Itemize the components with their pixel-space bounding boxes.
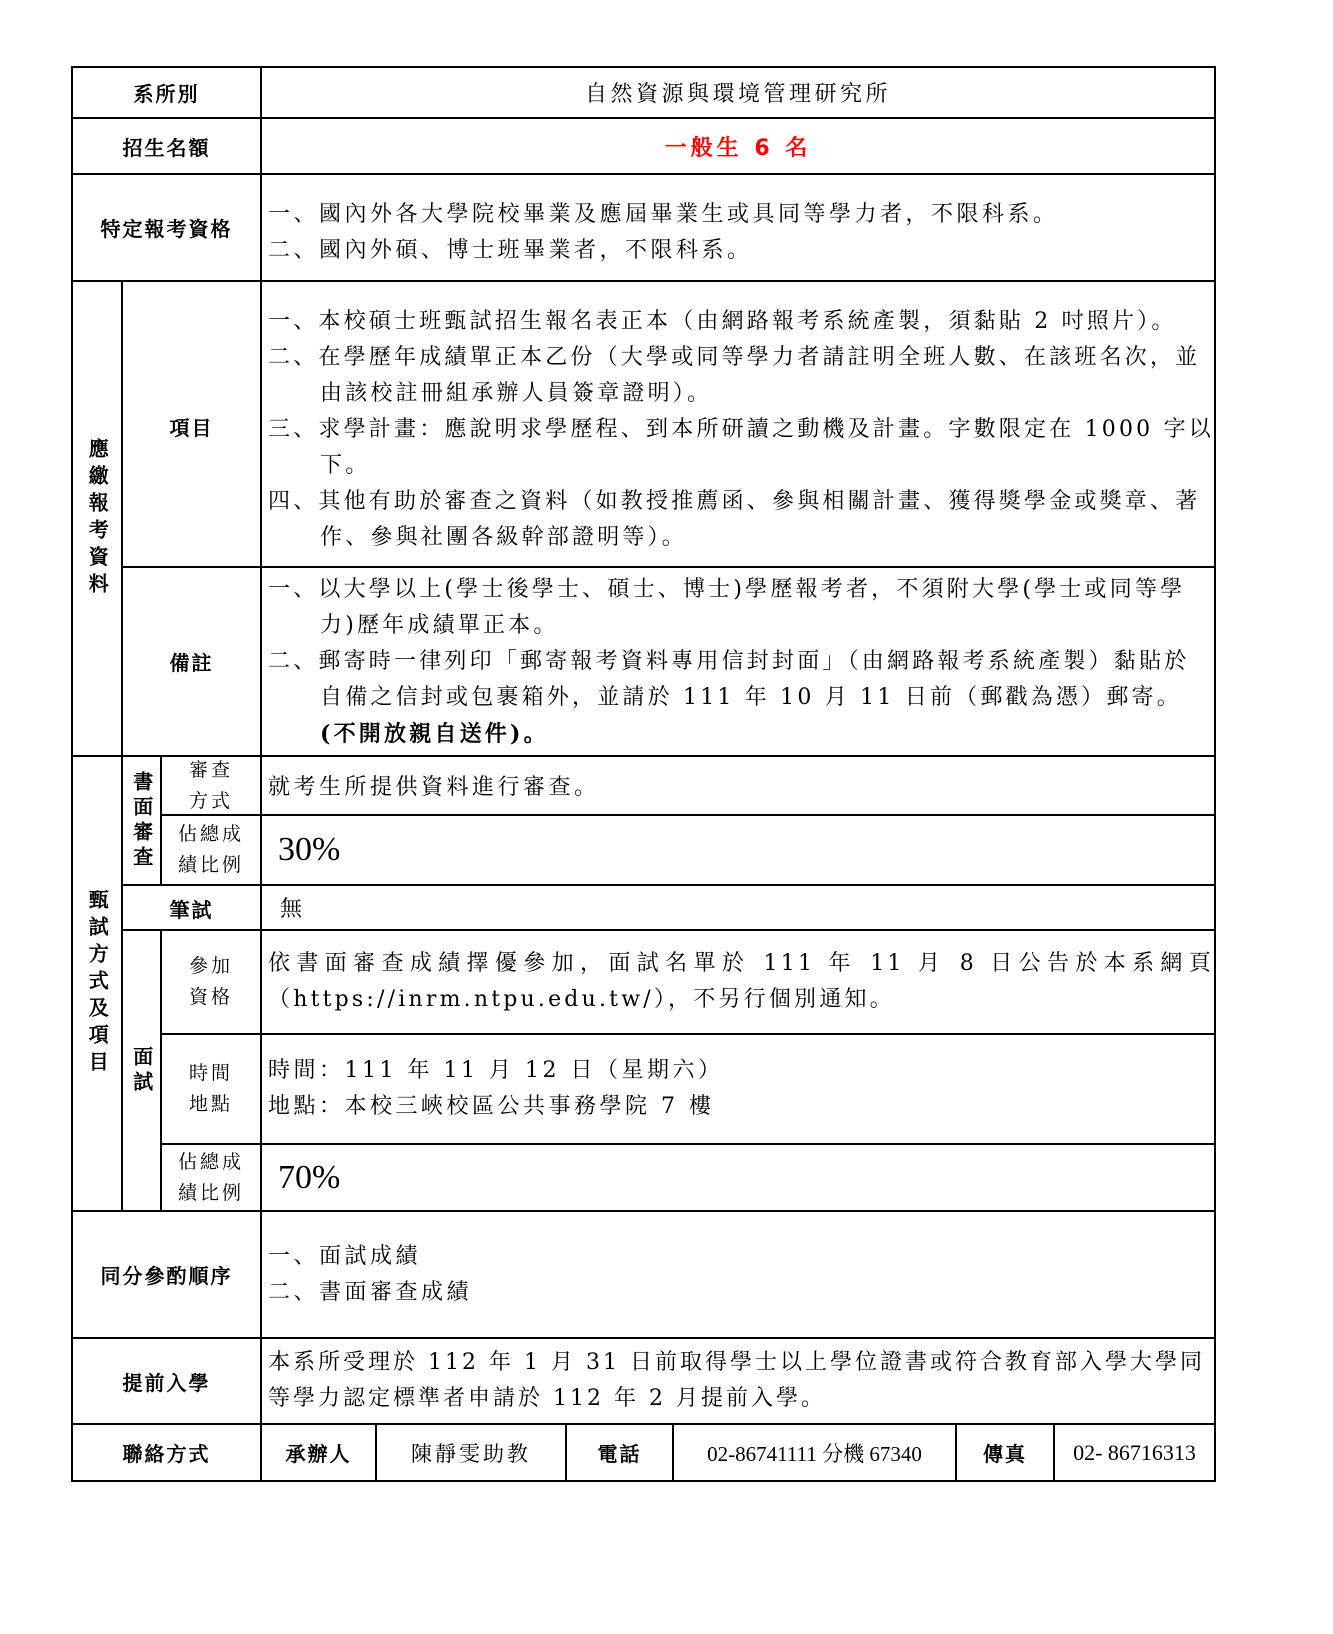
exam-section-text: 甄試方式及項目	[81, 889, 114, 1078]
written-exam-label: 筆試	[121, 884, 262, 931]
interview-label: 面試	[121, 929, 162, 1212]
written-exam-value: 無	[260, 884, 1216, 931]
exam-section-label: 甄試方式及項目	[71, 755, 123, 1212]
interview-weight-label-text: 佔總成績比例	[176, 1147, 246, 1209]
documents-notes-cell: 一、以大學以上(學士後學士、碩士、博士)學歷報考者，不須附大學(學士或同等學力)…	[260, 566, 1216, 757]
interview-time-place-cell: 時間：111 年 11 月 12 日（星期六） 地點：本校三峽校區公共事務學院 …	[260, 1033, 1216, 1145]
contact-phone-value: 02-86741111 分機 67340	[672, 1423, 957, 1482]
review-weight-label-text: 佔總成績比例	[176, 819, 246, 881]
review-weight-label: 佔總成績比例	[160, 814, 262, 886]
document-review-label: 書面審查	[121, 755, 162, 886]
documents-note-bold: (不開放親自送件)。	[320, 721, 549, 747]
documents-item: 二、在學歷年成績單正本乙份（大學或同等學力者請註明全班人數、在該班名次，並由該校…	[268, 340, 1214, 412]
review-method-label-text: 審查方式	[180, 755, 242, 816]
interview-text: 面試	[125, 1046, 158, 1096]
interview-eligibility-label-text: 參加資格	[180, 951, 242, 1013]
review-weight-value: 30%	[260, 814, 1216, 886]
interview-time: 時間：111 年 11 月 12 日（星期六）	[268, 1053, 723, 1089]
documents-item: 一、本校碩士班甄試招生報名表正本（由網路報考系統產製，須黏貼 2 吋照片）。	[268, 304, 1214, 340]
department-label: 系所別	[71, 66, 262, 119]
documents-item: 四、其他有助於審查之資料（如教授推薦函、參與相關計畫、獲得獎學金或獎章、著作、參…	[268, 484, 1214, 556]
eligibility-item: 二、國內外碩、博士班畢業者，不限科系。	[268, 233, 1059, 269]
early-admission-label: 提前入學	[71, 1337, 262, 1425]
quota-label: 招生名額	[71, 117, 262, 175]
contact-phone-label: 電話	[565, 1423, 674, 1482]
review-method-label: 審查方式	[160, 755, 262, 816]
tiebreak-cell: 一、面試成績 二、書面審查成績	[260, 1210, 1216, 1339]
interview-place: 地點：本校三峽校區公共事務學院 7 樓	[268, 1089, 723, 1125]
documents-note: 一、以大學以上(學士後學士、碩士、博士)學歷報考者，不須附大學(學士或同等學力)…	[268, 572, 1214, 644]
contact-person-label: 承辦人	[260, 1423, 377, 1482]
interview-eligibility-label: 參加資格	[160, 929, 262, 1035]
interview-weight-label: 佔總成績比例	[160, 1143, 262, 1212]
documents-notes-label: 備註	[121, 566, 262, 757]
documents-item: 三、求學計畫：應說明求學歷程、到本所研讀之動機及計畫。字數限定在 1000 字以…	[268, 412, 1214, 484]
documents-note: 二、郵寄時一律列印「郵寄報考資料專用信封封面」（由網路報考系統產製）黏貼於自備之…	[268, 644, 1214, 753]
department-value: 自然資源與環境管理研究所	[260, 66, 1216, 119]
eligibility-cell: 一、國內外各大學院校畢業及應屆畢業生或具同等學力者，不限科系。 二、國內外碩、博…	[260, 173, 1216, 282]
contact-person-value: 陳靜雯助教	[375, 1423, 567, 1482]
eligibility-item: 一、國內外各大學院校畢業及應屆畢業生或具同等學力者，不限科系。	[268, 197, 1059, 233]
documents-items-label: 項目	[121, 280, 262, 568]
tiebreak-item: 一、面試成績	[268, 1239, 472, 1275]
documents-section-label: 應繳報考資料	[71, 280, 123, 757]
quota-value: 一般生 6 名	[665, 131, 812, 162]
documents-items-cell: 一、本校碩士班甄試招生報名表正本（由網路報考系統產製，須黏貼 2 吋照片）。 二…	[260, 280, 1216, 568]
tiebreak-item: 二、書面審查成績	[268, 1275, 472, 1311]
document-review-text: 書面審查	[125, 771, 158, 871]
review-method-value: 就考生所提供資料進行審查。	[260, 755, 1216, 816]
quota-cell: 一般生 6 名	[260, 117, 1216, 175]
interview-time-place-label: 時間地點	[160, 1033, 262, 1145]
contact-label: 聯絡方式	[71, 1423, 262, 1482]
contact-fax-label: 傳真	[955, 1423, 1055, 1482]
eligibility-label: 特定報考資格	[71, 173, 262, 282]
interview-time-place-label-text: 時間地點	[180, 1058, 242, 1120]
tiebreak-label: 同分參酌順序	[71, 1210, 262, 1339]
interview-eligibility-value: 依書面審查成績擇優參加，面試名單於 111 年 11 月 8 日公告於本系網頁（…	[260, 929, 1216, 1035]
documents-section-text: 應繳報考資料	[81, 438, 114, 600]
documents-note-text: 二、郵寄時一律列印「郵寄報考資料專用信封封面」（由網路報考系統產製）黏貼於自備之…	[268, 649, 1189, 710]
contact-fax-value: 02- 86716313	[1053, 1423, 1216, 1482]
early-admission-value: 本系所受理於 112 年 1 月 31 日前取得學士以上學位證書或符合教育部入學…	[260, 1337, 1216, 1425]
interview-weight-value: 70%	[260, 1143, 1216, 1212]
